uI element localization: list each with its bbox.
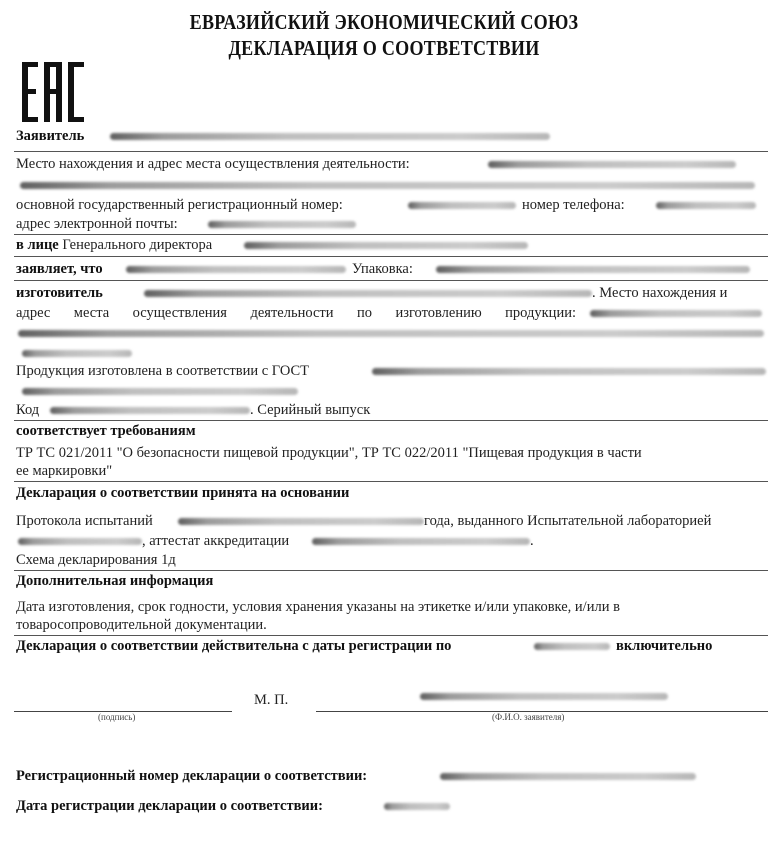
signature-caption: (подпись) (98, 712, 135, 722)
redacted-registration-number (440, 773, 696, 780)
accreditation-tail: . (530, 533, 534, 550)
manufacturer-label: изготовитель (16, 285, 103, 302)
redacted-code (50, 407, 250, 414)
validity-prefix: Декларация о соответствии действительна … (16, 638, 451, 655)
word: адрес (16, 305, 50, 322)
protocol-tail: года, выданного Испытательной лаборатори… (424, 513, 711, 530)
redacted-protocol (178, 518, 424, 525)
redacted-laboratory (18, 538, 142, 545)
divider (14, 570, 768, 571)
redacted-phone (656, 202, 756, 209)
registration-date-label: Дата регистрации декларации о соответств… (16, 798, 323, 815)
redacted-email (208, 221, 356, 228)
redacted-applicant-name (420, 693, 668, 700)
word: по (357, 305, 372, 322)
redacted-gost (372, 368, 766, 375)
redacted-product (126, 266, 346, 273)
represented-by: в лице Генерального директора (16, 237, 212, 254)
redacted-accreditation (312, 538, 530, 545)
divider (14, 420, 768, 421)
represented-text: Генерального директора (62, 237, 212, 253)
word: осуществления (133, 305, 227, 322)
redacted-manufacturer-address-end (22, 350, 132, 357)
address-label: Место нахождения и адрес места осуществл… (16, 156, 410, 173)
gost-label: Продукция изготовлена в соответствии с Г… (16, 363, 309, 380)
redacted-manufacturer (144, 290, 592, 297)
word: изготовлению (395, 305, 481, 322)
word: продукции: (505, 305, 576, 322)
redacted-gost-cont (22, 388, 298, 395)
redacted-manufacturer-address (590, 310, 762, 317)
redacted-manufacturer-address-cont (18, 330, 764, 337)
validity-suffix: включительно (616, 638, 712, 655)
registration-number-label: Регистрационный номер декларации о соотв… (16, 768, 367, 785)
divider (14, 256, 768, 257)
basis-heading: Декларация о соответствии принята на осн… (16, 485, 349, 502)
word: места (74, 305, 109, 322)
requirements-heading: соответствует требованиям (16, 423, 196, 440)
divider (14, 234, 768, 235)
protocol-label: Протокола испытаний (16, 513, 153, 530)
redacted-validity-date (534, 643, 610, 650)
accreditation-label: , аттестат аккредитации (142, 533, 289, 550)
manufacturer-address-label: адрес места осуществления деятельности п… (16, 305, 576, 322)
word: деятельности (250, 305, 333, 322)
name-caption: (Ф.И.О. заявителя) (492, 712, 564, 722)
divider (14, 635, 768, 636)
additional-line2: товаросопроводительной документации. (16, 617, 267, 634)
packaging-label: Упаковка: (352, 261, 413, 278)
redacted-ogrn (408, 202, 516, 209)
represented-bold: в лице (16, 237, 59, 253)
manufacturer-location: . Место нахождения и (592, 285, 727, 302)
stamp-label: М. П. (254, 692, 288, 709)
declaration-scheme: Схема декларирования 1д (16, 552, 176, 569)
requirements-line2: ее маркировки" (16, 463, 112, 480)
serial-label: . Серийный выпуск (250, 402, 370, 419)
applicant-label: Заявитель (16, 128, 84, 145)
requirements-line1: ТР ТС 021/2011 "О безопасности пищевой п… (16, 445, 642, 462)
code-label: Код (16, 402, 39, 419)
redacted-address-cont (20, 182, 755, 189)
divider (14, 280, 768, 281)
redacted-director (244, 242, 528, 249)
divider (14, 481, 768, 482)
redacted-registration-date (384, 803, 450, 810)
declares-label: заявляет, что (16, 261, 103, 278)
union-title: ЕВРАЗИЙСКИЙ ЭКОНОМИЧЕСКИЙ СОЮЗ (54, 10, 714, 35)
redacted-applicant (110, 133, 550, 140)
email-label: адрес электронной почты: (16, 216, 178, 233)
additional-line1: Дата изготовления, срок годности, услови… (16, 599, 620, 616)
ogrn-label: основной государственный регистрационный… (16, 197, 343, 214)
additional-heading: Дополнительная информация (16, 573, 213, 590)
redacted-packaging (436, 266, 750, 273)
document-title: ДЕКЛАРАЦИЯ О СООТВЕТСТВИИ (54, 36, 714, 61)
eac-mark-icon (22, 62, 84, 122)
redacted-address (488, 161, 736, 168)
divider (14, 151, 768, 152)
phone-label: номер телефона: (522, 197, 625, 214)
